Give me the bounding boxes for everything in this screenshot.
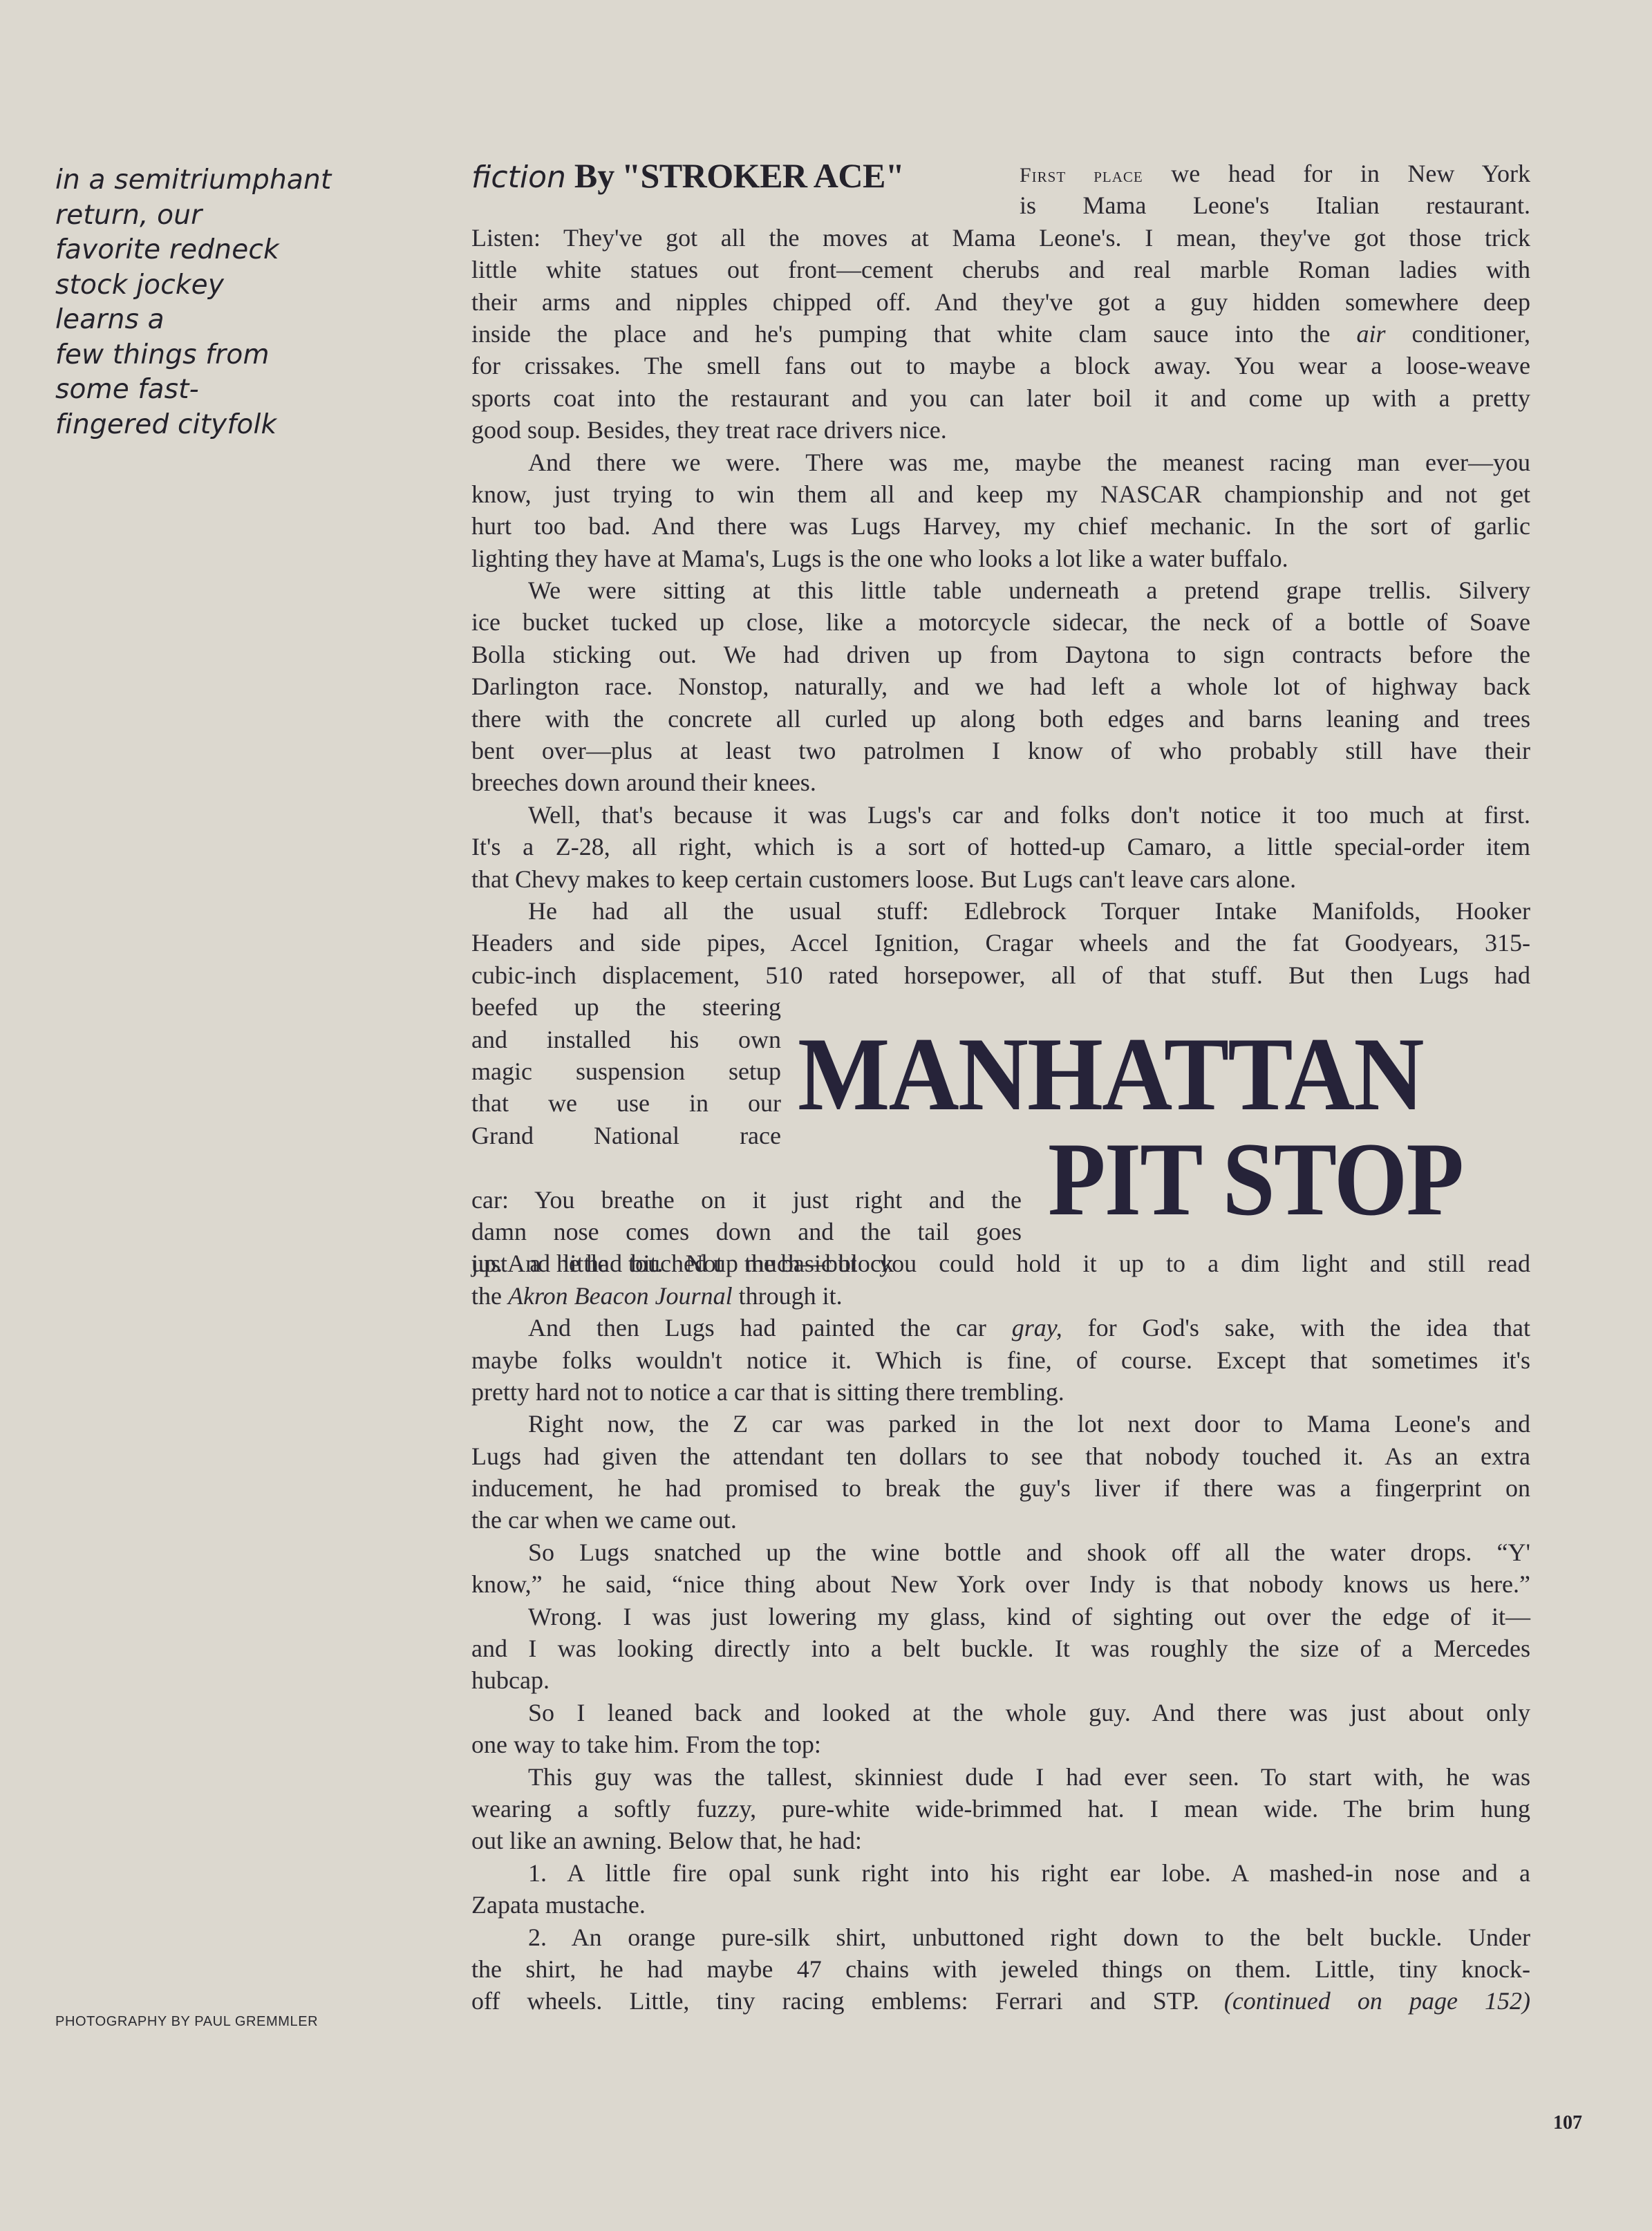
text-line: is Mama Leone's Italian restaurant.: [1020, 189, 1530, 221]
text-line: This guy was the tallest, skinniest dude…: [471, 1761, 1530, 1793]
text-line: lighting they have at Mama's, Lugs is th…: [471, 543, 1530, 574]
paragraph: Right now, the Z car was parked in the l…: [471, 1408, 1530, 1536]
paragraph: 2. An orange pure-silk shirt, unbuttoned…: [471, 1921, 1530, 2017]
text-line: and installed his own: [471, 1024, 781, 1055]
text-line: Darlington race. Nonstop, naturally, and…: [471, 670, 1530, 702]
text-line: know,” he said, “nice thing about New Yo…: [471, 1568, 1530, 1600]
article-body: fictionBy"STROKER ACE" First place we he…: [471, 158, 1530, 2017]
text-line: car: You breathe on it just right and th…: [471, 1184, 1022, 1216]
deck-line: some fast-: [55, 373, 346, 408]
byline-by: By: [574, 156, 614, 195]
headline-line-1: MANHATTAN: [798, 1022, 1423, 1127]
paragraph: This guy was the tallest, skinniest dude…: [471, 1761, 1530, 1857]
opening-smallcaps: First place: [1020, 164, 1143, 187]
text-line: one way to take him. From the top:: [471, 1729, 1530, 1760]
paragraph: Wrong. I was just lowering my glass, kin…: [471, 1601, 1530, 1697]
text-line: and I was looking directly into a belt b…: [471, 1632, 1530, 1664]
byline-row: fictionBy"STROKER ACE" First place we he…: [471, 158, 1530, 222]
headline-line-2: PIT STOP: [1048, 1127, 1463, 1232]
text-line: Bolla sticking out. We had driven up fro…: [471, 639, 1530, 670]
text-line: pretty hard not to notice a car that is …: [471, 1376, 1530, 1408]
deck-line: few things from: [55, 338, 346, 373]
paragraph: He had all the usual stuff: Edlebrock To…: [471, 895, 1530, 1312]
text-line: good soup. Besides, they treat race driv…: [471, 414, 1530, 446]
text-line: ice bucket tucked up close, like a motor…: [471, 606, 1530, 638]
paragraph: So Lugs snatched up the wine bottle and …: [471, 1536, 1530, 1601]
page-number: 107: [1553, 2112, 1582, 2134]
text-line: that we use in our: [471, 1087, 781, 1119]
text-line: up. And he had touched up the basic bloc…: [471, 1248, 1022, 1279]
text-line: So I leaned back and looked at the whole…: [471, 1697, 1530, 1729]
text-line: It's a Z-28, all right, which is a sort …: [471, 831, 1530, 863]
text-line: We were sitting at this little table und…: [471, 574, 1530, 606]
text-line: 2. An orange pure-silk shirt, unbuttoned…: [471, 1921, 1530, 1953]
text-line: off wheels. Little, tiny racing emblems:…: [471, 1985, 1530, 2017]
paragraph: So I leaned back and looked at the whole…: [471, 1697, 1530, 1761]
text-line: maybe folks wouldn't notice it. Which is…: [471, 1344, 1530, 1376]
text-line: that Chevy makes to keep certain custome…: [471, 863, 1530, 895]
text-line: their arms and nipples chipped off. And …: [471, 286, 1530, 318]
paragraph: Well, that's because it was Lugs's car a…: [471, 799, 1530, 895]
paragraph: 1. A little fire opal sunk right into hi…: [471, 1857, 1530, 1921]
article-deck: in a semitriumphant return, our favorite…: [55, 163, 346, 442]
deck-line: stock jockey: [55, 268, 346, 303]
text-line: hubcap.: [471, 1664, 1530, 1696]
text-line: there with the concrete all curled up al…: [471, 703, 1530, 735]
text-line: for crissakes. The smell fans out to may…: [471, 350, 1530, 382]
opening-lines: First place we head for in New York is M…: [1020, 158, 1530, 222]
text-line: hurt too bad. And there was Lugs Harvey,…: [471, 510, 1530, 542]
wrapped-text-narrow: beefed up the steering and installed his…: [471, 991, 781, 1151]
headline-wrap-region: beefed up the steering and installed his…: [471, 991, 1530, 1248]
text-line: damn nose comes down and the tail goes: [471, 1216, 1022, 1248]
text-line: inside the place and he's pumping that w…: [471, 318, 1530, 350]
text-line: Zapata mustache.: [471, 1889, 1530, 1921]
text-line: bent over—plus at least two patrolmen I …: [471, 735, 1530, 766]
text-line: know, just trying to win them all and ke…: [471, 478, 1530, 510]
magazine-page: in a semitriumphant return, our favorite…: [0, 0, 1652, 2231]
text-line: Grand National race: [471, 1120, 781, 1151]
text-line: So Lugs snatched up the wine bottle and …: [471, 1536, 1530, 1568]
text-line: out like an awning. Below that, he had:: [471, 1825, 1530, 1856]
wrapped-text-mid: car: You breathe on it just right and th…: [471, 1184, 1022, 1280]
deck-line: learns a: [55, 303, 346, 338]
paragraph: And then Lugs had painted the car gray, …: [471, 1312, 1530, 1408]
text-line: the shirt, he had maybe 47 chains with j…: [471, 1953, 1530, 1985]
text-line: magic suspension setup: [471, 1055, 781, 1087]
text-line: little white statues out front—cement ch…: [471, 254, 1530, 285]
section-label: fiction: [471, 160, 566, 195]
text-line: cubic-inch displacement, 510 rated horse…: [471, 959, 1530, 991]
deck-line: favorite redneck: [55, 233, 346, 268]
paragraph: And there we were. There was me, maybe t…: [471, 446, 1530, 575]
italic-title: Akron Beacon Journal: [508, 1282, 733, 1310]
byline: fictionBy"STROKER ACE": [471, 155, 904, 200]
text-line: wearing a softly fuzzy, pure-white wide-…: [471, 1793, 1530, 1825]
byline-author: "STROKER ACE": [621, 156, 904, 195]
text-line: the car when we came out.: [471, 1504, 1530, 1536]
text-line: sports coat into the restaurant and you …: [471, 382, 1530, 414]
text-line: Right now, the Z car was parked in the l…: [471, 1408, 1530, 1440]
text-line: inducement, he had promised to break the…: [471, 1472, 1530, 1504]
deck-line: return, our: [55, 198, 346, 234]
text-line: Listen: They've got all the moves at Mam…: [471, 222, 1530, 254]
text-line: Well, that's because it was Lugs's car a…: [471, 799, 1530, 831]
text-line: First place we head for in New York: [1020, 158, 1530, 189]
text-line: He had all the usual stuff: Edlebrock To…: [471, 895, 1530, 927]
text-line: Lugs had given the attendant ten dollars…: [471, 1440, 1530, 1472]
text-line: Wrong. I was just lowering my glass, kin…: [471, 1601, 1530, 1632]
deck-line: fingered cityfolk: [55, 408, 346, 443]
text-line: And then Lugs had painted the car gray, …: [471, 1312, 1530, 1344]
continued-link[interactable]: (continued on page 152): [1224, 1987, 1530, 2015]
text-line: breeches down around their knees.: [471, 766, 1530, 798]
text-line: And there we were. There was me, maybe t…: [471, 446, 1530, 478]
photo-credit: PHOTOGRAPHY BY PAUL GREMMLER: [55, 2014, 318, 2030]
deck-line: in a semitriumphant: [55, 163, 346, 198]
paragraph: Listen: They've got all the moves at Mam…: [471, 222, 1530, 446]
paragraph: We were sitting at this little table und…: [471, 574, 1530, 799]
text-line: beefed up the steering: [471, 991, 781, 1023]
italic-word: air: [1356, 320, 1385, 348]
text-line: 1. A little fire opal sunk right into hi…: [471, 1857, 1530, 1889]
text-line: the Akron Beacon Journal through it.: [471, 1280, 1530, 1312]
text-line: Headers and side pipes, Accel Ignition, …: [471, 927, 1530, 959]
italic-word: gray,: [1012, 1314, 1062, 1342]
